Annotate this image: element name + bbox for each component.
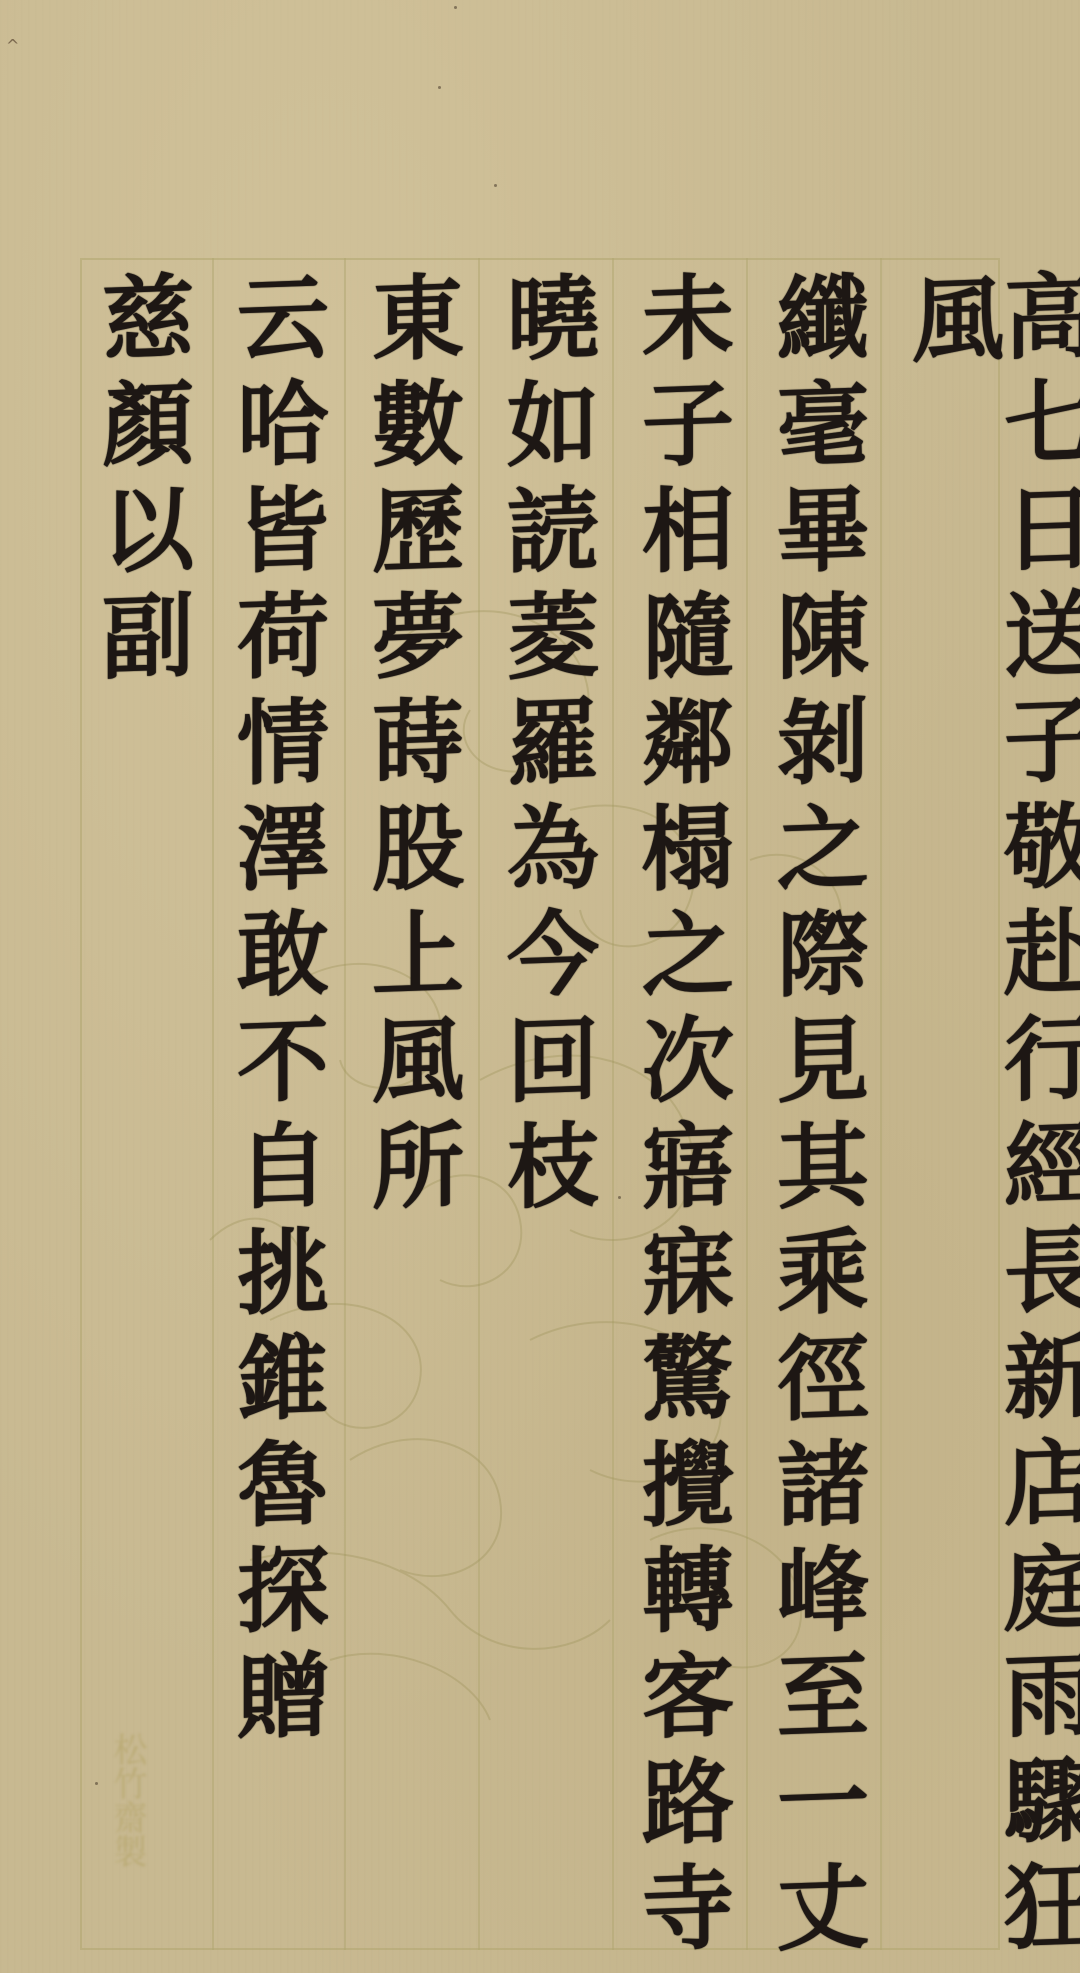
calligraphy-column-4: 曉如読菱羅為今回枝: [500, 268, 592, 1225]
paper-speck: [618, 1196, 621, 1199]
calligraphy-column-7: 慈顏以副: [95, 268, 187, 695]
paper-speck: [454, 6, 457, 9]
calligraphy-column-6: 云哈皆荷情澤敢不自挑錐魯探贈: [230, 268, 322, 1755]
calligraphy-column-3: 未子相隨鄰榻之次寤寐驚攪轉客路寺: [635, 268, 727, 1967]
calligraphy-column-5: 東數歷夢蒔股上風所: [365, 268, 457, 1225]
paper-speck: [95, 1782, 98, 1785]
stationery-seal-mark: 松竹齋製: [88, 1665, 148, 1935]
calligraphy-column-2: 纖毫畢陳剝之際見其乘徑諸峰至一丈: [770, 268, 862, 1967]
corner-mark: ^: [6, 36, 19, 55]
letter-sheet: ^ 松竹齋製 高七日送子敬赴行經長新店庭雨驟狂風 纖毫畢陳剝之際見其乘徑諸峰至一…: [0, 0, 1080, 1973]
paper-speck: [438, 86, 441, 89]
paper-speck: [494, 184, 497, 187]
calligraphy-column-1: 高七日送子敬赴行經長新店庭雨驟狂風: [905, 267, 1080, 1973]
